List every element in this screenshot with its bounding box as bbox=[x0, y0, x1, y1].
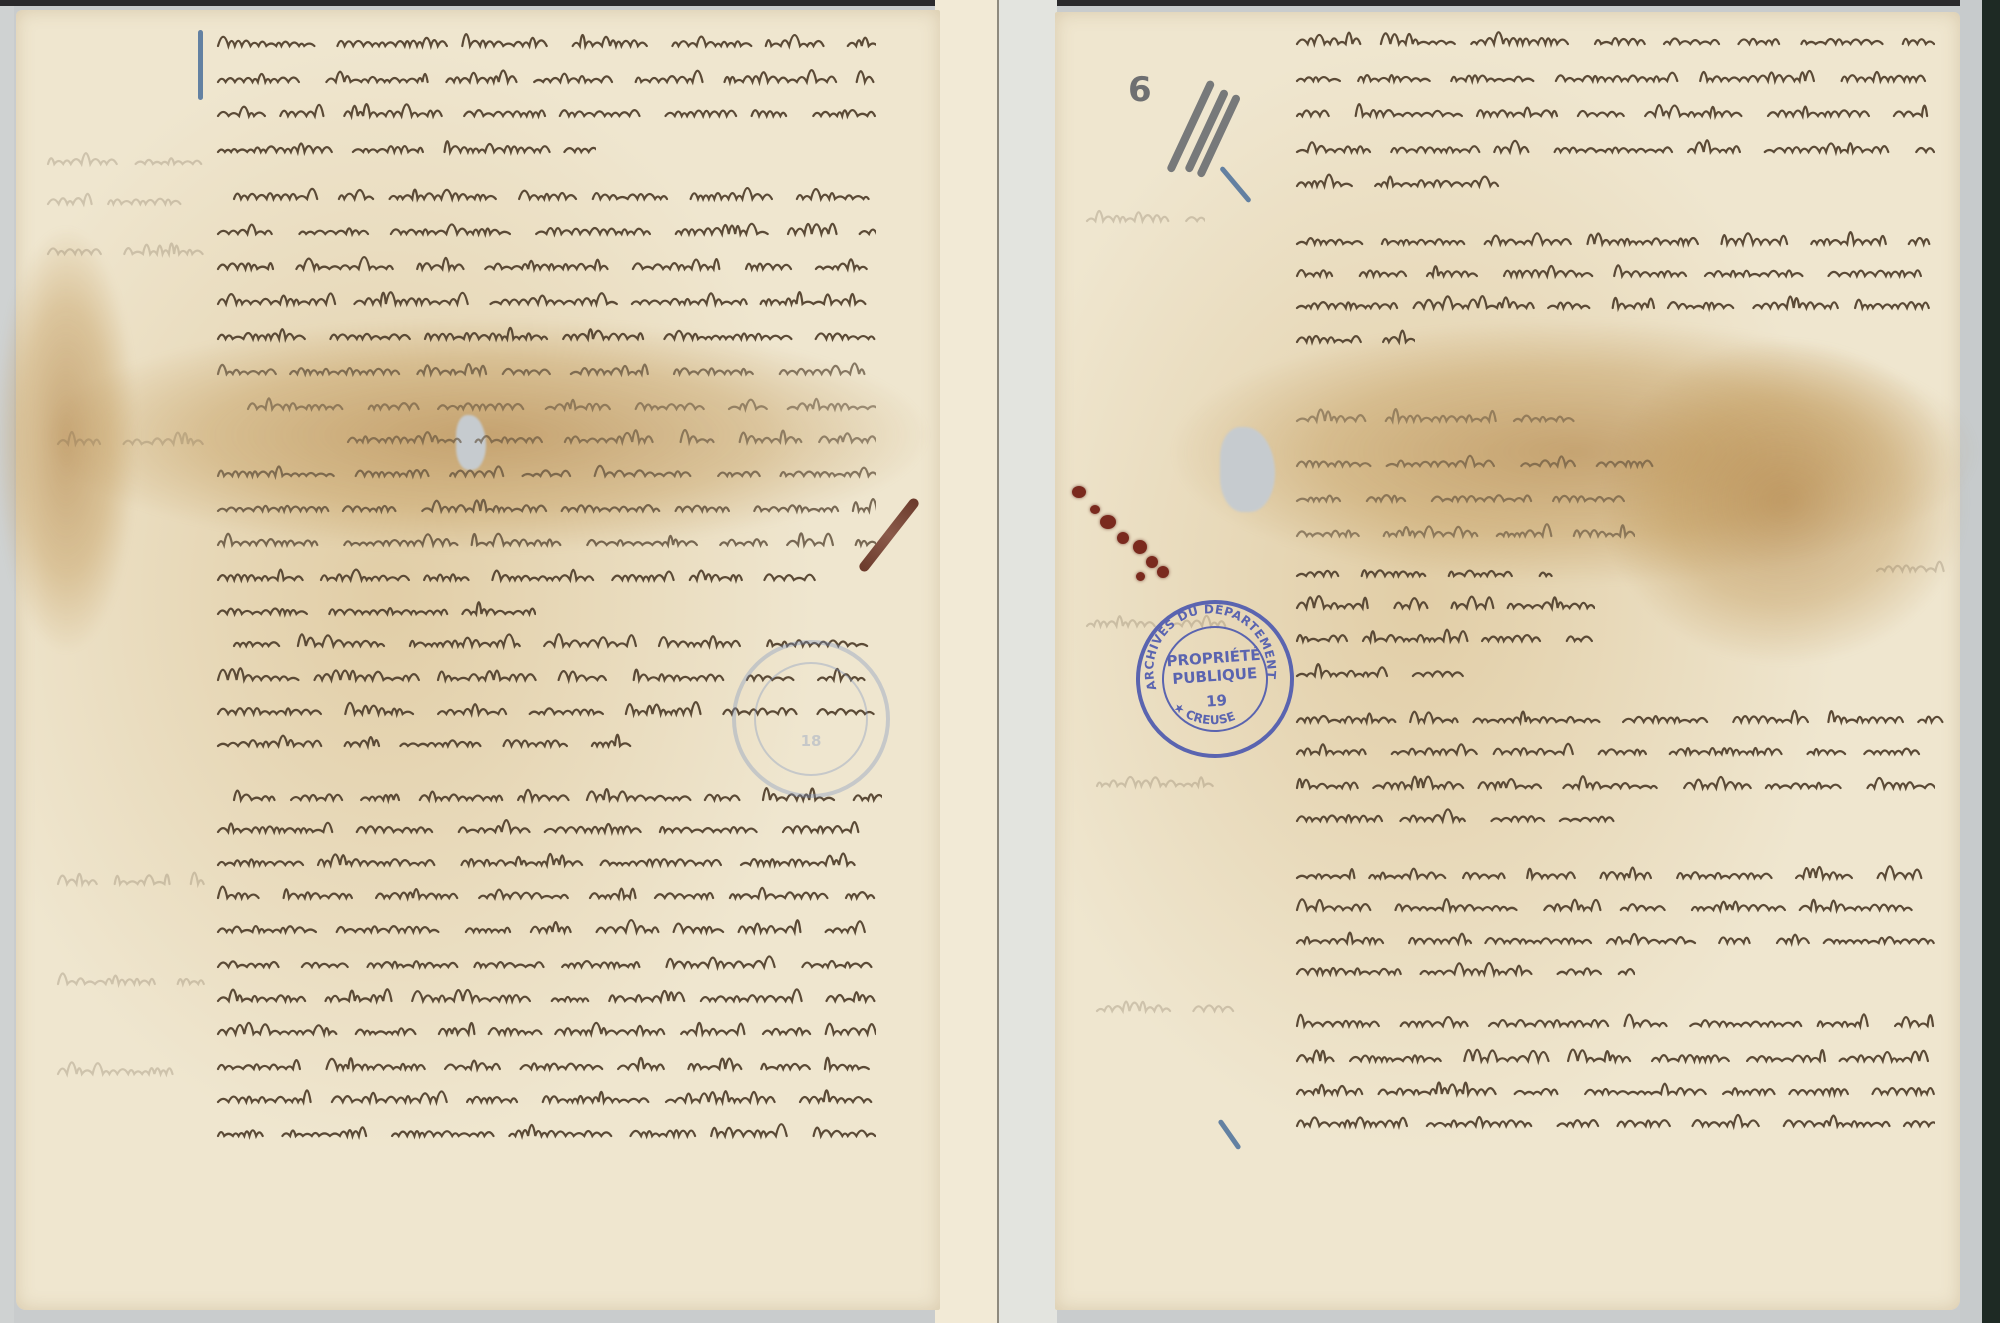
handwritten-line bbox=[1295, 960, 1635, 982]
gutter-backing bbox=[999, 0, 1057, 1323]
handwritten-line bbox=[216, 32, 876, 54]
bleed-through-line bbox=[1085, 207, 1205, 229]
bleed-through-line bbox=[1875, 557, 1945, 579]
handwritten-line bbox=[1295, 774, 1935, 796]
handwritten-line bbox=[216, 851, 876, 873]
handwritten-line bbox=[232, 185, 872, 207]
handwritten-line bbox=[1295, 929, 1935, 951]
handwritten-line bbox=[1295, 522, 1635, 544]
bleed-through-line bbox=[1095, 997, 1235, 1019]
handwritten-line bbox=[1295, 807, 1615, 829]
handwritten-line bbox=[216, 290, 876, 312]
handwritten-line bbox=[246, 395, 876, 417]
handwritten-line bbox=[1295, 864, 1935, 886]
mount-edge-right bbox=[1960, 0, 1982, 1323]
handwritten-line bbox=[216, 360, 876, 382]
handwritten-line bbox=[1295, 487, 1635, 509]
handwritten-line bbox=[1295, 30, 1935, 52]
water-stain-right bbox=[1605, 342, 1965, 662]
handwritten-line bbox=[1295, 407, 1575, 429]
handwritten-line bbox=[216, 1088, 876, 1110]
handwritten-line bbox=[1295, 172, 1515, 194]
archive-stamp: ARCHIVES DU DÉPARTEMENT DE LA ★ CREUSE P… bbox=[1131, 595, 1300, 764]
mount-edge-left bbox=[0, 6, 14, 1323]
handwritten-line bbox=[216, 1122, 876, 1144]
handwritten-line bbox=[216, 884, 876, 906]
faded-archive-stamp: 18 bbox=[732, 640, 890, 798]
handwritten-line bbox=[1295, 662, 1465, 684]
handwritten-line bbox=[216, 462, 876, 484]
handwritten-line bbox=[216, 566, 816, 588]
handwritten-line bbox=[1295, 452, 1655, 474]
handwritten-line bbox=[216, 818, 876, 840]
handwritten-line bbox=[1295, 1012, 1935, 1034]
handwritten-line bbox=[216, 600, 536, 622]
handwritten-line bbox=[216, 255, 876, 277]
handwritten-line bbox=[216, 918, 876, 940]
folio-mark: 6 bbox=[1128, 70, 1218, 180]
handwritten-line bbox=[1295, 896, 1935, 918]
handwritten-line bbox=[1295, 67, 1935, 89]
handwritten-line bbox=[216, 220, 876, 242]
handwritten-line bbox=[1295, 1047, 1935, 1069]
blue-pencil-tick-icon bbox=[198, 30, 203, 100]
blue-pencil-tick-icon bbox=[1217, 1119, 1241, 1151]
scan-background: 6 18 ARCHIVES DU DÉPARTEMENT DE LA bbox=[0, 0, 2000, 1323]
handwritten-line bbox=[1295, 562, 1555, 584]
handwritten-line bbox=[1295, 740, 1935, 762]
handwritten-line bbox=[1295, 1112, 1935, 1134]
bleed-through-line bbox=[46, 240, 206, 262]
handwritten-line bbox=[216, 102, 876, 124]
stamp-number: 18 bbox=[736, 732, 886, 750]
handwritten-line bbox=[216, 953, 876, 975]
bleed-through-line bbox=[46, 190, 196, 212]
handwritten-line bbox=[1295, 594, 1595, 616]
bleed-through-line bbox=[1095, 772, 1215, 794]
handwritten-line bbox=[216, 531, 876, 553]
blue-pencil-tick-icon bbox=[1219, 166, 1252, 204]
handwritten-line bbox=[1295, 262, 1935, 284]
scanner-edge-right bbox=[1982, 0, 2000, 1323]
handwritten-line bbox=[216, 1020, 876, 1042]
handwritten-line bbox=[1295, 138, 1935, 160]
handwritten-line bbox=[1295, 294, 1935, 316]
handwritten-line bbox=[1295, 1080, 1935, 1102]
handwritten-line bbox=[1295, 328, 1415, 350]
bleed-through-line bbox=[56, 430, 206, 452]
handwritten-line bbox=[216, 987, 876, 1009]
handwritten-line bbox=[216, 732, 636, 754]
bleed-through-line bbox=[56, 970, 206, 992]
handwritten-line bbox=[216, 68, 876, 90]
handwritten-line bbox=[1295, 627, 1595, 649]
bleed-through-line bbox=[56, 1060, 196, 1082]
handwritten-line bbox=[1295, 102, 1935, 124]
bleed-through-line bbox=[56, 870, 206, 892]
handwritten-line bbox=[216, 497, 876, 519]
handwritten-line bbox=[216, 1055, 876, 1077]
handwritten-line bbox=[346, 428, 876, 450]
handwritten-line bbox=[1295, 708, 1945, 730]
gutter-card bbox=[935, 0, 999, 1323]
folio-number: 6 bbox=[1128, 70, 1152, 110]
handwritten-line bbox=[216, 325, 876, 347]
handwritten-line bbox=[1295, 230, 1935, 252]
handwritten-line bbox=[216, 138, 596, 160]
bleed-through-line bbox=[46, 150, 206, 172]
